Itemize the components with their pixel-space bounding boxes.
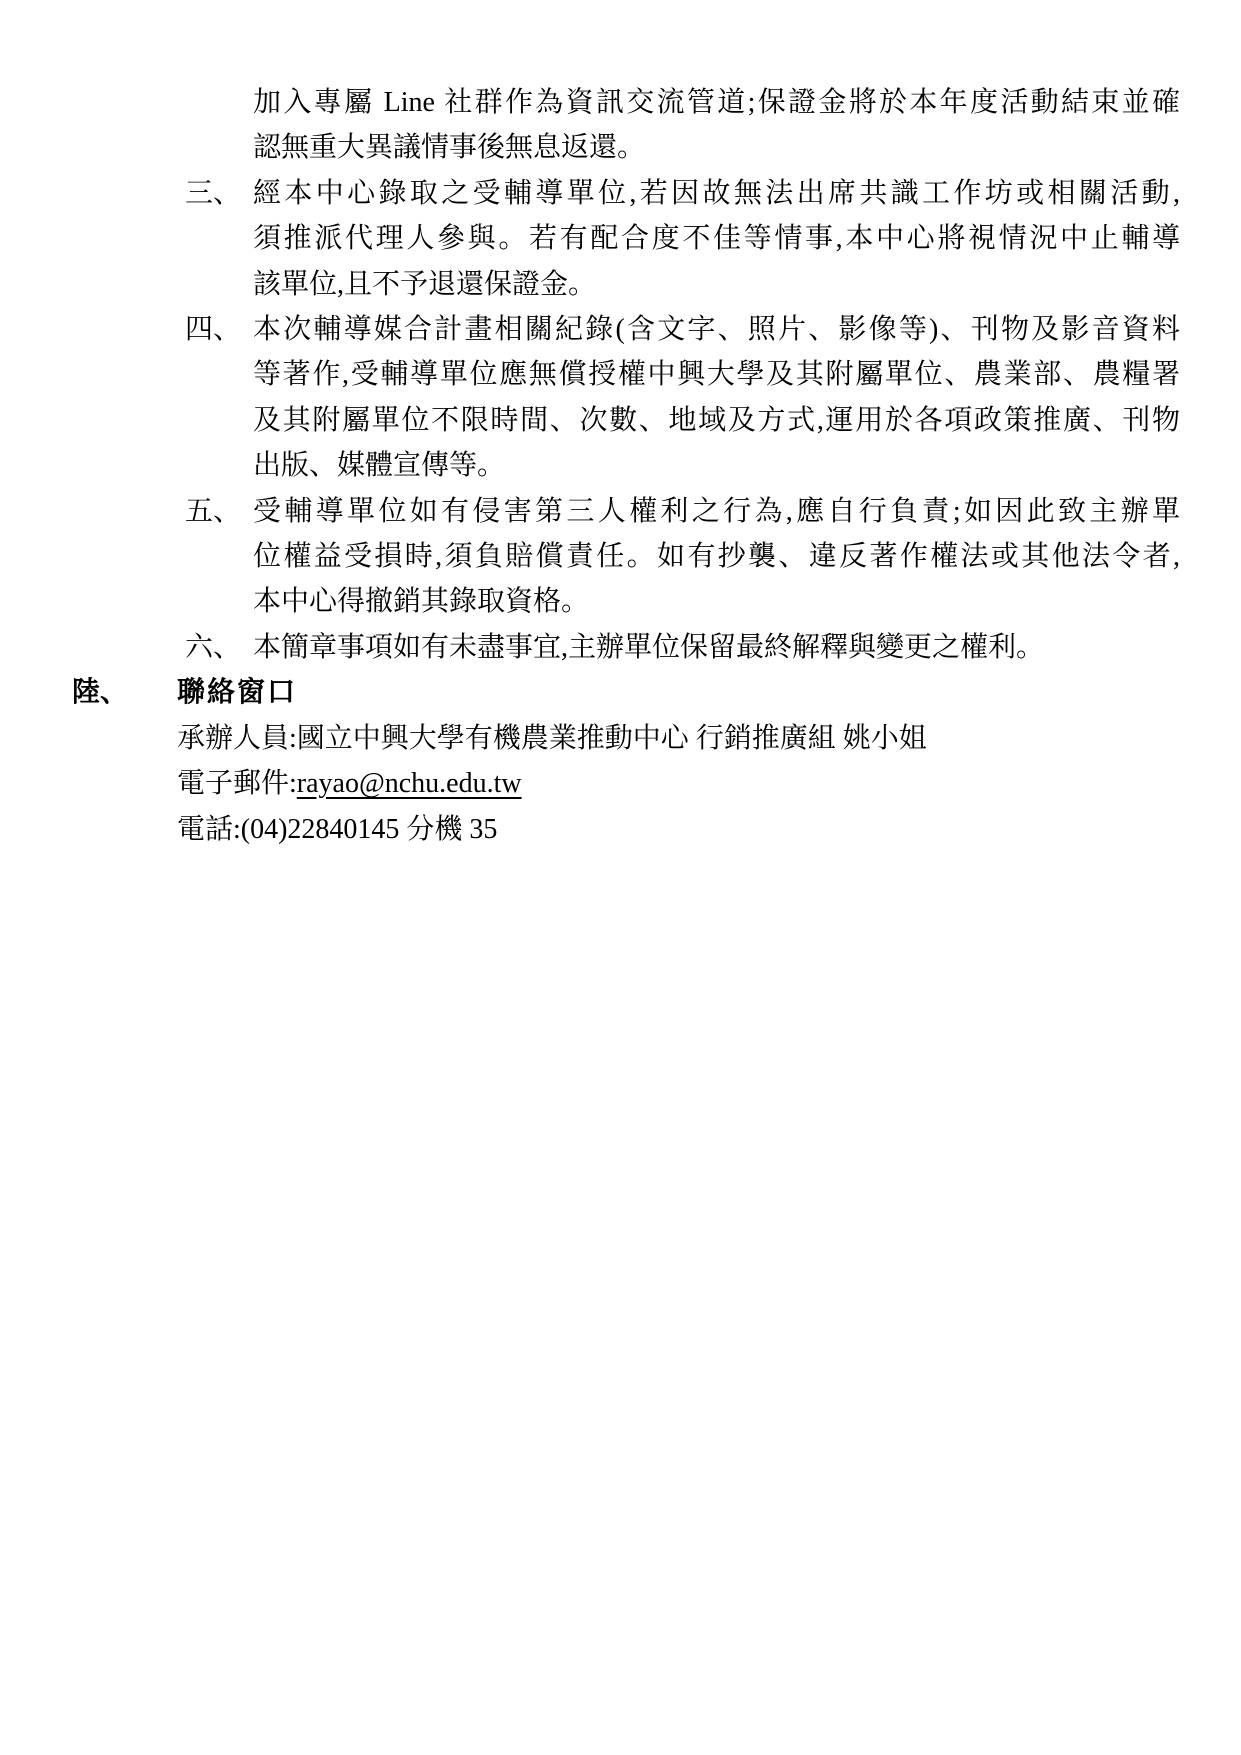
contact-person-line: 承辦人員:國立中興大學有機農業推動中心 行銷推廣組 姚小姐 [177, 716, 1241, 761]
section-number: 陸、 [72, 670, 128, 715]
document-page: 加入專屬 Line 社群作為資訊交流管道;保證金將於本年度活動結束並確 認無重大… [0, 0, 1241, 1755]
list-item-six: 六、 本簡章事項如有未盡事宜,主辦單位保留最終解釋與變更之權利。 [0, 625, 1241, 670]
text-line: 及其附屬單位不限時間、次數、地域及方式,運用於各項政策推廣、刊物 [253, 398, 1180, 443]
text-line: 出版、媒體宣傳等。 [253, 443, 1180, 488]
list-item-four: 四、 本次輔導媒合計畫相關紀錄(含文字、照片、影像等)、刊物及影音資料 等著作,… [0, 307, 1241, 489]
text-line: 本簡章事項如有未盡事宜,主辦單位保留最終解釋與變更之權利。 [253, 625, 1180, 670]
document-content: 加入專屬 Line 社群作為資訊交流管道;保證金將於本年度活動結束並確 認無重大… [0, 0, 1241, 852]
contact-phone-value: (04)22840145 分機 35 [241, 814, 498, 845]
list-item-number: 五、 [185, 489, 241, 534]
list-item-body: 受輔導單位如有侵害第三人權利之行為,應自行負責;如因此致主辦單 位權益受損時,須… [253, 489, 1180, 625]
contact-person-label: 承辦人員: [177, 723, 297, 754]
text-line: 本次輔導媒合計畫相關紀錄(含文字、照片、影像等)、刊物及影音資料 [253, 307, 1180, 352]
text-line: 本中心得撤銷其錄取資格。 [253, 579, 1180, 624]
contact-email-line: 電子郵件:rayao@nchu.edu.tw [177, 761, 1241, 806]
contact-email-label: 電子郵件: [177, 768, 297, 799]
list-item-five: 五、 受輔導單位如有侵害第三人權利之行為,應自行負責;如因此致主辦單 位權益受損… [0, 489, 1241, 625]
section-title: 聯絡窗口 [177, 670, 297, 715]
text-line: 該單位,且不予退還保證金。 [253, 262, 1180, 307]
list-item-number: 六、 [185, 625, 241, 670]
paragraph-continuation: 加入專屬 Line 社群作為資訊交流管道;保證金將於本年度活動結束並確 認無重大… [253, 80, 1180, 171]
section-heading-contact: 陸、 聯絡窗口 [0, 670, 1241, 715]
contact-person-value: 國立中興大學有機農業推動中心 行銷推廣組 姚小姐 [297, 723, 927, 754]
list-item-body: 經本中心錄取之受輔導單位,若因故無法出席共識工作坊或相關活動, 須推派代理人參與… [253, 171, 1180, 307]
email-link[interactable]: rayao@nchu.edu.tw [297, 768, 522, 799]
text-line: 等著作,受輔導單位應無償授權中興大學及其附屬單位、農業部、農糧署 [253, 352, 1180, 397]
text-line: 經本中心錄取之受輔導單位,若因故無法出席共識工作坊或相關活動, [253, 171, 1180, 216]
text-line: 受輔導單位如有侵害第三人權利之行為,應自行負責;如因此致主辦單 [253, 489, 1180, 534]
text-line: 加入專屬 Line 社群作為資訊交流管道;保證金將於本年度活動結束並確 [253, 80, 1180, 125]
contact-block: 承辦人員:國立中興大學有機農業推動中心 行銷推廣組 姚小姐 電子郵件:rayao… [177, 716, 1241, 852]
text-line: 認無重大異議情事後無息返還。 [253, 125, 1180, 170]
text-line: 須推派代理人參與。若有配合度不佳等情事,本中心將視情況中止輔導 [253, 216, 1180, 261]
list-item-body: 本簡章事項如有未盡事宜,主辦單位保留最終解釋與變更之權利。 [253, 625, 1180, 670]
text-line: 位權益受損時,須負賠償責任。如有抄襲、違反著作權法或其他法令者, [253, 534, 1180, 579]
list-item-body: 本次輔導媒合計畫相關紀錄(含文字、照片、影像等)、刊物及影音資料 等著作,受輔導… [253, 307, 1180, 489]
list-item-number: 三、 [185, 171, 241, 216]
contact-phone-label: 電話: [177, 814, 241, 845]
list-item-number: 四、 [185, 307, 241, 352]
list-item-three: 三、 經本中心錄取之受輔導單位,若因故無法出席共識工作坊或相關活動, 須推派代理… [0, 171, 1241, 307]
contact-phone-line: 電話:(04)22840145 分機 35 [177, 807, 1241, 852]
